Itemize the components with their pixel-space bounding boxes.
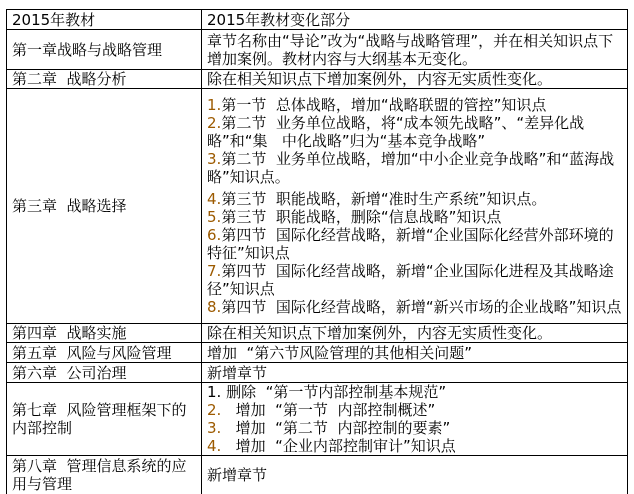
chapter-cell: 第一章战略与战略管理 xyxy=(7,30,202,70)
change-cell: 新增章节 xyxy=(202,363,628,383)
item-number: 2. xyxy=(207,114,221,132)
table-row: 第一章战略与战略管理 章节名称由“导论”改为“战略与战略管理”，并在相关知识点下… xyxy=(7,30,628,70)
change-cell: 1.第一节 总体战略，增加“战略联盟的管控”知识点 2.第二节 业务单位战略，将… xyxy=(202,89,628,324)
item-number: 3. xyxy=(207,150,221,168)
list-item: 1. 删除 “第一节内部控制基本规范” xyxy=(207,383,622,401)
header-row: 2015年教材 2015年教材变化部分 xyxy=(7,10,628,30)
item-number: 2. xyxy=(207,401,221,419)
change-cell: 除在相关知识点下增加案例外，内容无实质性变化。 xyxy=(202,324,628,343)
chapter-cell: 第四章 战略实施 xyxy=(7,324,202,343)
chapter-cell: 第六章 公司治理 xyxy=(7,363,202,383)
item-text: 删除 “第一节内部控制基本规范” xyxy=(226,383,446,401)
list-item: 2.第二节 业务单位战略，将“成本领先战略”、“差异化战略”和“集 中化战略”归… xyxy=(207,114,622,150)
item-text: 第一节 总体战略，增加“战略联盟的管控”知识点 xyxy=(221,96,546,114)
list-item: 6.第四节 国际化经营战略，新增“企业国际化经营外部环境的特征”知识点 xyxy=(207,226,622,262)
item-text: 第二节 业务单位战略，将“成本领先战略”、“差异化战略”和“集 中化战略”归为“… xyxy=(207,114,584,150)
chapter-cell: 第三章 战略选择 xyxy=(7,89,202,324)
list-item: 3.第二节 业务单位战略，增加“中小企业竞争战略”和“蓝海战略”知识点。 xyxy=(207,150,622,186)
item-text: 第三节 职能战略，删除“信息战略”知识点 xyxy=(221,208,501,226)
item-number: 1. xyxy=(207,96,221,114)
item-text: 第三节 职能战略，新增“准时生产系统”知识点。 xyxy=(221,190,546,208)
table-row: 第二章 战略分析 除在相关知识点下增加案例外，内容无实质性变化。 xyxy=(7,70,628,89)
table-row: 第五章 风险与风险管理 增加 “第六节风险管理的其他相关问题” xyxy=(7,343,628,363)
table-row: 第三章 战略选择 1.第一节 总体战略，增加“战略联盟的管控”知识点 2.第二节… xyxy=(7,89,628,324)
list-item: 1.第一节 总体战略，增加“战略联盟的管控”知识点 xyxy=(207,96,622,114)
chapter-cell: 第二章 战略分析 xyxy=(7,70,202,89)
chapter-cell: 第七章 风险管理框架下的内部控制 xyxy=(7,383,202,456)
table-row: 第六章 公司治理 新增章节 xyxy=(7,363,628,383)
item-text: 第四节 国际化经营战略，新增“新兴市场的企业战略”知识点 xyxy=(221,298,621,316)
chapter-cell: 第八章 管理信息系统的应用与管理 xyxy=(7,456,202,494)
item-text: 增加 “第一节 内部控制概述” xyxy=(226,401,435,419)
textbook-changes-table: 2015年教材 2015年教材变化部分 第一章战略与战略管理 章节名称由“导论”… xyxy=(6,9,628,494)
change-cell: 增加 “第六节风险管理的其他相关问题” xyxy=(202,343,628,363)
item-text: 第二节 业务单位战略，增加“中小企业竞争战略”和“蓝海战略”知识点。 xyxy=(207,150,614,186)
item-number: 1. xyxy=(207,383,221,401)
item-number: 3. xyxy=(207,419,221,437)
list-item: 2. 增加 “第一节 内部控制概述” xyxy=(207,401,622,419)
change-cell: 新增章节 xyxy=(202,456,628,494)
header-textbook: 2015年教材 xyxy=(7,10,202,30)
change-cell: 1. 删除 “第一节内部控制基本规范” 2. 增加 “第一节 内部控制概述” 3… xyxy=(202,383,628,456)
list-item: 4. 增加 “企业内部控制审计”知识点 xyxy=(207,437,622,455)
list-item: 7.第四节 国际化经营战略，新增“企业国际化进程及其战略途径”知识点 xyxy=(207,262,622,298)
header-changes: 2015年教材变化部分 xyxy=(202,10,628,30)
table-row: 第四章 战略实施 除在相关知识点下增加案例外，内容无实质性变化。 xyxy=(7,324,628,343)
item-text: 增加 “企业内部控制审计”知识点 xyxy=(226,437,456,455)
list-item: 4.第三节 职能战略，新增“准时生产系统”知识点。 xyxy=(207,190,622,208)
list-item: 5.第三节 职能战略，删除“信息战略”知识点 xyxy=(207,208,622,226)
list-item: 8.第四节 国际化经营战略，新增“新兴市场的企业战略”知识点 xyxy=(207,298,622,316)
item-number: 4. xyxy=(207,437,221,455)
item-number: 5. xyxy=(207,208,221,226)
item-number: 8. xyxy=(207,298,221,316)
item-number: 6. xyxy=(207,226,221,244)
change-cell: 除在相关知识点下增加案例外，内容无实质性变化。 xyxy=(202,70,628,89)
item-text: 增加 “第二节 内部控制的要素” xyxy=(226,419,450,437)
item-text: 第四节 国际化经营战略，新增“企业国际化经营外部环境的特征”知识点 xyxy=(207,226,614,262)
list-item: 3. 增加 “第二节 内部控制的要素” xyxy=(207,419,622,437)
chapter-cell: 第五章 风险与风险管理 xyxy=(7,343,202,363)
item-number: 7. xyxy=(207,262,221,280)
table-row: 第七章 风险管理框架下的内部控制 1. 删除 “第一节内部控制基本规范” 2. … xyxy=(7,383,628,456)
item-number: 4. xyxy=(207,190,221,208)
table-row: 第八章 管理信息系统的应用与管理 新增章节 xyxy=(7,456,628,494)
change-cell: 章节名称由“导论”改为“战略与战略管理”，并在相关知识点下增加案例。教材内容与大… xyxy=(202,30,628,70)
item-text: 第四节 国际化经营战略，新增“企业国际化进程及其战略途径”知识点 xyxy=(207,262,614,298)
